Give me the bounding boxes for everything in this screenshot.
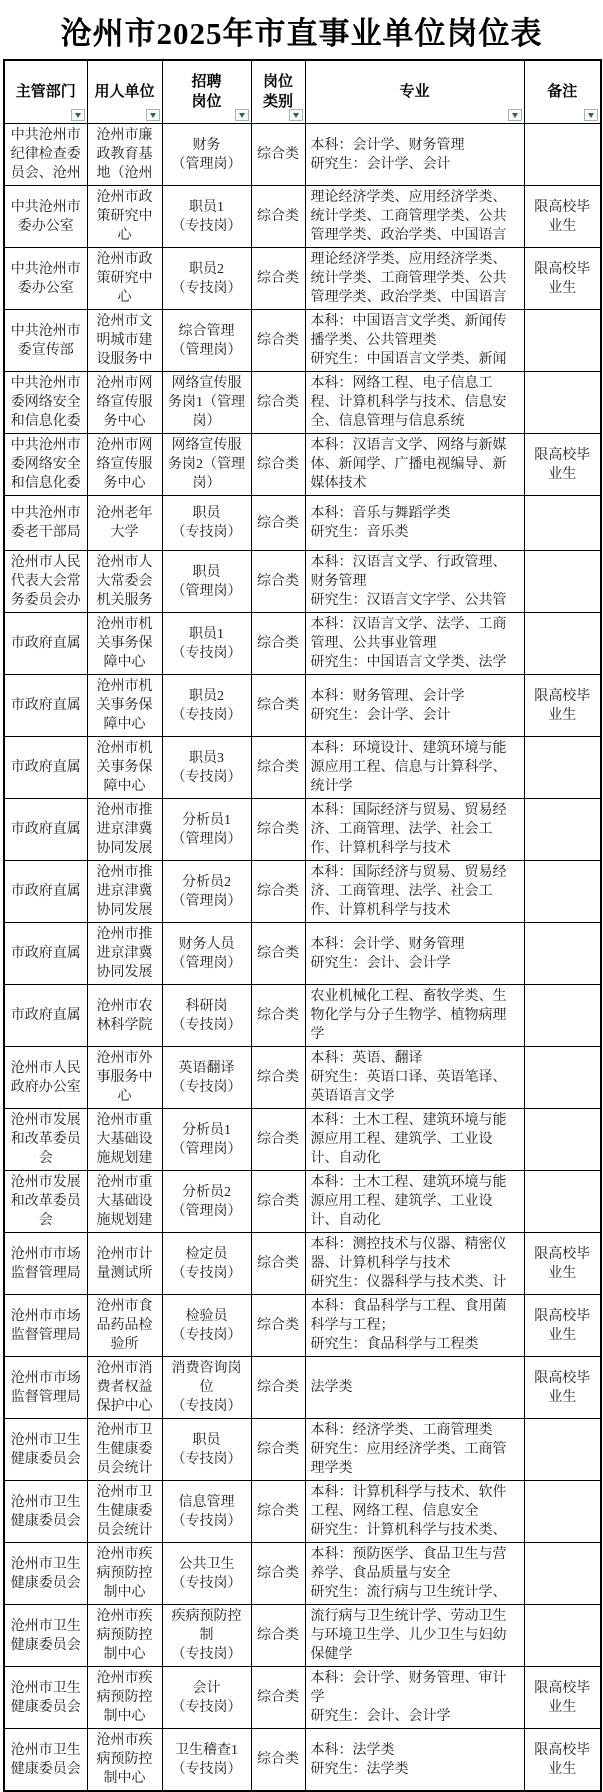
cell-position-category: 综合类 <box>251 1109 305 1171</box>
cell-recruitment-position: 财务人员 （管理岗） <box>162 923 251 985</box>
cell-employing-unit: 沧州市网络宣传服务中心 <box>87 372 162 434</box>
cell-supervising-department: 沧州市市场监督管理局 <box>4 1233 87 1295</box>
cell-major: 本科：食品科学与工程、食用菌科学与工程； 研究生：食品科学与工程类 <box>305 1295 524 1357</box>
cell-position-category: 综合类 <box>251 551 305 613</box>
cell-recruitment-position: 会计 （专技岗） <box>162 1667 251 1729</box>
column-header-supervising-department: 主管部门 <box>4 60 87 124</box>
cell-supervising-department: 市政府直属 <box>4 985 87 1047</box>
header-row: 主管部门 用人单位 招聘 岗位 岗位 类别 专业 <box>4 60 601 124</box>
cell-major: 理论经济学类、应用经济学类、统计学类、工商管理学类、公共管理学类、政治学类、中国… <box>305 186 524 248</box>
cell-supervising-department: 沧州市卫生健康委员会 <box>4 1729 87 1792</box>
cell-position-category: 综合类 <box>251 985 305 1047</box>
chevron-down-icon <box>293 113 299 118</box>
cell-major: 本科：汉语言文学、法学、工商管理、公共事业管理 研究生：中国语言文学类、法学 <box>305 613 524 675</box>
cell-remark <box>524 1419 601 1481</box>
cell-position-category: 综合类 <box>251 1729 305 1792</box>
chevron-down-icon <box>588 113 594 118</box>
cell-position-category: 综合类 <box>251 496 305 551</box>
table-row: 沧州市卫生健康委员会沧州市疾病预防控制中心公共卫生 （专技岗）综合类本科：预防医… <box>4 1543 601 1605</box>
filter-dropdown-button[interactable] <box>71 109 85 121</box>
cell-remark: 限高校毕业生 <box>524 1729 601 1792</box>
cell-remark: 限高校毕业生 <box>524 1357 601 1419</box>
cell-position-category: 综合类 <box>251 124 305 186</box>
cell-remark <box>524 1047 601 1109</box>
cell-supervising-department: 中共沧州市纪律检查委员会、沧州 <box>4 124 87 186</box>
cell-remark <box>524 1481 601 1543</box>
cell-major: 本科：国际经济与贸易、贸易经济、工商管理、法学、社会工作、计算机科学与技术 <box>305 861 524 923</box>
chevron-down-icon <box>239 113 245 118</box>
cell-position-category: 综合类 <box>251 1295 305 1357</box>
cell-supervising-department: 中共沧州市委宣传部 <box>4 310 87 372</box>
cell-employing-unit: 沧州老年大学 <box>87 496 162 551</box>
cell-remark <box>524 1109 601 1171</box>
table-row: 中共沧州市委办公室沧州市政策研究中心职员2 （专技岗）综合类理论经济学类、应用经… <box>4 248 601 310</box>
cell-position-category: 综合类 <box>251 613 305 675</box>
cell-major: 法学类 <box>305 1357 524 1419</box>
cell-recruitment-position: 分析员1 （管理岗） <box>162 1109 251 1171</box>
cell-supervising-department: 中共沧州市委办公室 <box>4 248 87 310</box>
cell-employing-unit: 沧州市疾病预防控制中心 <box>87 1605 162 1667</box>
column-header-label: 招聘 岗位 <box>191 74 221 110</box>
cell-recruitment-position: 职员2 （专技岗） <box>162 675 251 737</box>
cell-recruitment-position: 职员1 （专技岗） <box>162 613 251 675</box>
cell-employing-unit: 沧州市食品药品检验所 <box>87 1295 162 1357</box>
filter-dropdown-button[interactable] <box>289 109 303 121</box>
cell-supervising-department: 沧州市卫生健康委员会 <box>4 1605 87 1667</box>
cell-remark <box>524 1605 601 1667</box>
cell-supervising-department: 中共沧州市委办公室 <box>4 186 87 248</box>
cell-major: 本科：音乐与舞蹈学类 研究生：音乐类 <box>305 496 524 551</box>
position-table-body: 中共沧州市纪律检查委员会、沧州沧州市廉政教育基地（沧州财务 （管理岗）综合类本科… <box>4 124 601 1792</box>
cell-employing-unit: 沧州市卫生健康委员会统计 <box>87 1481 162 1543</box>
position-table: 主管部门 用人单位 招聘 岗位 岗位 类别 专业 <box>3 59 602 1792</box>
cell-supervising-department: 市政府直属 <box>4 613 87 675</box>
column-header-remark: 备注 <box>524 60 601 124</box>
cell-employing-unit: 沧州市机关事务保障中心 <box>87 613 162 675</box>
cell-supervising-department: 沧州市卫生健康委员会 <box>4 1419 87 1481</box>
cell-recruitment-position: 财务 （管理岗） <box>162 124 251 186</box>
cell-remark <box>524 310 601 372</box>
table-row: 沧州市发展和改革委员会沧州市重大基础设施规划建分析员1 （管理岗）综合类本科：土… <box>4 1109 601 1171</box>
cell-major: 本科：经济学类、工商管理类 研究生：应用经济学类、工商管理学类 <box>305 1419 524 1481</box>
cell-position-category: 综合类 <box>251 1481 305 1543</box>
page-title: 沧州市2025年市直事业单位岗位表 <box>0 0 603 59</box>
cell-major: 本科：环境设计、建筑环境与能源应用工程、信息与计算科学、统计学 <box>305 737 524 799</box>
cell-remark <box>524 799 601 861</box>
cell-employing-unit: 沧州市推进京津冀协同发展 <box>87 799 162 861</box>
cell-employing-unit: 沧州市推进京津冀协同发展 <box>87 861 162 923</box>
cell-position-category: 综合类 <box>251 248 305 310</box>
column-header-position-category: 岗位 类别 <box>251 60 305 124</box>
cell-remark <box>524 1543 601 1605</box>
cell-remark <box>524 372 601 434</box>
cell-recruitment-position: 综合管理 （管理岗） <box>162 310 251 372</box>
cell-major: 本科：英语、翻译 研究生：英语口译、英语笔译、英语语言文学 <box>305 1047 524 1109</box>
table-row: 市政府直属沧州市机关事务保障中心职员1 （专技岗）综合类本科：汉语言文学、法学、… <box>4 613 601 675</box>
cell-position-category: 综合类 <box>251 1543 305 1605</box>
cell-employing-unit: 沧州市卫生健康委员会统计 <box>87 1419 162 1481</box>
table-row: 沧州市市场监督管理局沧州市消费者权益保护中心消费咨询岗位 （专技岗）综合类法学类… <box>4 1357 601 1419</box>
table-row: 沧州市人民代表大会常务委员会办沧州市人大常委会机关服务职员 （管理岗）综合类本科… <box>4 551 601 613</box>
cell-position-category: 综合类 <box>251 186 305 248</box>
cell-recruitment-position: 职员1 （专技岗） <box>162 186 251 248</box>
cell-major: 本科：土木工程、建筑环境与能源应用工程、建筑学、工业设计、自动化 <box>305 1109 524 1171</box>
page: 沧州市2025年市直事业单位岗位表 主管部门 用人单位 招聘 岗位 <box>0 0 603 1792</box>
cell-position-category: 综合类 <box>251 799 305 861</box>
cell-recruitment-position: 职员 （专技岗） <box>162 1419 251 1481</box>
table-row: 沧州市卫生健康委员会沧州市卫生健康委员会统计信息管理 （专技岗）综合类本科：计算… <box>4 1481 601 1543</box>
cell-employing-unit: 沧州市外事服务中心 <box>87 1047 162 1109</box>
cell-remark <box>524 551 601 613</box>
cell-remark: 限高校毕业生 <box>524 248 601 310</box>
cell-remark: 限高校毕业生 <box>524 1667 601 1729</box>
cell-recruitment-position: 网络宣传服务岗2（管理岗） <box>162 434 251 496</box>
cell-employing-unit: 沧州市机关事务保障中心 <box>87 737 162 799</box>
table-row: 沧州市发展和改革委员会沧州市重大基础设施规划建分析员2 （管理岗）综合类本科：土… <box>4 1171 601 1233</box>
table-row: 中共沧州市委老干部局沧州老年大学职员 （专技岗）综合类本科：音乐与舞蹈学类 研究… <box>4 496 601 551</box>
cell-remark: 限高校毕业生 <box>524 675 601 737</box>
cell-employing-unit: 沧州市重大基础设施规划建 <box>87 1109 162 1171</box>
table-row: 中共沧州市委宣传部沧州市文明城市建设服务中综合管理 （管理岗）综合类本科：中国语… <box>4 310 601 372</box>
cell-employing-unit: 沧州市农林科学院 <box>87 985 162 1047</box>
cell-major: 农业机械化工程、畜牧学类、生物化学与分子生物学、植物病理学 <box>305 985 524 1047</box>
table-row: 市政府直属沧州市机关事务保障中心职员3 （专技岗）综合类本科：环境设计、建筑环境… <box>4 737 601 799</box>
table-row: 沧州市卫生健康委员会沧州市疾病预防控制中心会计 （专技岗）综合类本科：会计学、财… <box>4 1667 601 1729</box>
cell-remark <box>524 124 601 186</box>
chevron-down-icon <box>75 113 81 118</box>
cell-remark: 限高校毕业生 <box>524 186 601 248</box>
cell-supervising-department: 沧州市发展和改革委员会 <box>4 1171 87 1233</box>
table-row: 沧州市市场监督管理局沧州市计量测试所检定员 （专技岗）综合类本科：测控技术与仪器… <box>4 1233 601 1295</box>
cell-supervising-department: 沧州市卫生健康委员会 <box>4 1543 87 1605</box>
cell-major: 本科：会计学、财务管理、审计学 研究生：会计、会计学 <box>305 1667 524 1729</box>
cell-remark <box>524 923 601 985</box>
cell-remark <box>524 737 601 799</box>
cell-major: 本科：汉语言文学、行政管理、财务管理 研究生：汉语言文字学、公共管 <box>305 551 524 613</box>
cell-recruitment-position: 职员3 （专技岗） <box>162 737 251 799</box>
cell-position-category: 综合类 <box>251 1047 305 1109</box>
table-row: 市政府直属沧州市机关事务保障中心职员2 （专技岗）综合类本科：财务管理、会计学 … <box>4 675 601 737</box>
cell-major: 流行病与卫生统计学、劳动卫生与环境卫生学、儿少卫生与妇幼保健学 <box>305 1605 524 1667</box>
cell-supervising-department: 沧州市卫生健康委员会 <box>4 1667 87 1729</box>
cell-major: 本科：会计学、财务管理 研究生：会计、会计学 <box>305 923 524 985</box>
table-row: 沧州市卫生健康委员会沧州市疾病预防控制中心卫生稽查1 （专技岗）综合类本科：法学… <box>4 1729 601 1792</box>
column-header-major: 专业 <box>305 60 524 124</box>
cell-employing-unit: 沧州市消费者权益保护中心 <box>87 1357 162 1419</box>
cell-employing-unit: 沧州市疾病预防控制中心 <box>87 1543 162 1605</box>
column-header-label: 主管部门 <box>16 84 76 100</box>
cell-recruitment-position: 科研岗 （专技岗） <box>162 985 251 1047</box>
cell-supervising-department: 沧州市卫生健康委员会 <box>4 1481 87 1543</box>
cell-recruitment-position: 信息管理 （专技岗） <box>162 1481 251 1543</box>
table-row: 中共沧州市委网络安全和信息化委沧州市网络宣传服务中心网络宣传服务岗1（管理岗）综… <box>4 372 601 434</box>
cell-employing-unit: 沧州市机关事务保障中心 <box>87 675 162 737</box>
column-header-label: 用人单位 <box>94 84 154 100</box>
chevron-down-icon <box>512 113 518 118</box>
cell-recruitment-position: 职员2 （专技岗） <box>162 248 251 310</box>
cell-supervising-department: 市政府直属 <box>4 737 87 799</box>
cell-employing-unit: 沧州市政策研究中心 <box>87 248 162 310</box>
table-row: 市政府直属沧州市农林科学院科研岗 （专技岗）综合类农业机械化工程、畜牧学类、生物… <box>4 985 601 1047</box>
cell-major: 本科：土木工程、建筑环境与能源应用工程、建筑学、工业设计、自动化 <box>305 1171 524 1233</box>
cell-major: 本科：网络工程、电子信息工程、计算机科学与技术、信息安全、信息管理与信息系统 <box>305 372 524 434</box>
cell-supervising-department: 沧州市市场监督管理局 <box>4 1357 87 1419</box>
cell-position-category: 综合类 <box>251 310 305 372</box>
cell-position-category: 综合类 <box>251 1171 305 1233</box>
cell-remark <box>524 1171 601 1233</box>
column-header-label: 备注 <box>547 84 577 100</box>
cell-supervising-department: 中共沧州市委网络安全和信息化委 <box>4 434 87 496</box>
cell-supervising-department: 市政府直属 <box>4 675 87 737</box>
column-header-label: 专业 <box>399 84 429 100</box>
filter-dropdown-button[interactable] <box>235 109 249 121</box>
cell-supervising-department: 沧州市市场监督管理局 <box>4 1295 87 1357</box>
cell-position-category: 综合类 <box>251 434 305 496</box>
cell-remark <box>524 613 601 675</box>
cell-supervising-department: 市政府直属 <box>4 923 87 985</box>
cell-employing-unit: 沧州市重大基础设施规划建 <box>87 1171 162 1233</box>
cell-supervising-department: 中共沧州市委老干部局 <box>4 496 87 551</box>
cell-remark: 限高校毕业生 <box>524 434 601 496</box>
table-row: 市政府直属沧州市推进京津冀协同发展财务人员 （管理岗）综合类本科：会计学、财务管… <box>4 923 601 985</box>
chevron-down-icon <box>150 113 156 118</box>
cell-supervising-department: 沧州市人民政府办公室 <box>4 1047 87 1109</box>
cell-recruitment-position: 消费咨询岗位 （专技岗） <box>162 1357 251 1419</box>
table-row: 沧州市卫生健康委员会沧州市疾病预防控制中心疾病预防控制 （专技岗）综合类流行病与… <box>4 1605 601 1667</box>
cell-employing-unit: 沧州市网络宣传服务中心 <box>87 434 162 496</box>
cell-recruitment-position: 英语翻译 （专技岗） <box>162 1047 251 1109</box>
cell-major: 本科：计算机科学与技术、软件工程、网络工程、信息安全 研究生：计算机科学与技术类… <box>305 1481 524 1543</box>
cell-position-category: 综合类 <box>251 675 305 737</box>
cell-major: 理论经济学类、应用经济学类、统计学类、工商管理学类、公共管理学类、政治学类、中国… <box>305 248 524 310</box>
cell-employing-unit: 沧州市廉政教育基地（沧州 <box>87 124 162 186</box>
cell-recruitment-position: 网络宣传服务岗1（管理岗） <box>162 372 251 434</box>
cell-recruitment-position: 疾病预防控制 （专技岗） <box>162 1605 251 1667</box>
cell-recruitment-position: 公共卫生 （专技岗） <box>162 1543 251 1605</box>
column-header-label: 岗位 类别 <box>263 74 293 110</box>
cell-employing-unit: 沧州市计量测试所 <box>87 1233 162 1295</box>
cell-position-category: 综合类 <box>251 737 305 799</box>
cell-supervising-department: 市政府直属 <box>4 861 87 923</box>
cell-position-category: 综合类 <box>251 1605 305 1667</box>
cell-remark <box>524 496 601 551</box>
cell-recruitment-position: 分析员1 （管理岗） <box>162 799 251 861</box>
cell-position-category: 综合类 <box>251 1357 305 1419</box>
table-row: 沧州市市场监督管理局沧州市食品药品检验所检验员 （专技岗）综合类本科：食品科学与… <box>4 1295 601 1357</box>
cell-major: 本科：会计学、财务管理 研究生：会计学、会计 <box>305 124 524 186</box>
table-row: 中共沧州市纪律检查委员会、沧州沧州市廉政教育基地（沧州财务 （管理岗）综合类本科… <box>4 124 601 186</box>
table-row: 中共沧州市委办公室沧州市政策研究中心职员1 （专技岗）综合类理论经济学类、应用经… <box>4 186 601 248</box>
cell-supervising-department: 沧州市人民代表大会常务委员会办 <box>4 551 87 613</box>
table-row: 中共沧州市委网络安全和信息化委沧州市网络宣传服务中心网络宣传服务岗2（管理岗）综… <box>4 434 601 496</box>
cell-employing-unit: 沧州市人大常委会机关服务 <box>87 551 162 613</box>
cell-remark: 限高校毕业生 <box>524 1295 601 1357</box>
cell-recruitment-position: 分析员2 （管理岗） <box>162 1171 251 1233</box>
cell-recruitment-position: 检定员 （专技岗） <box>162 1233 251 1295</box>
cell-major: 本科：法学类 研究生：法学类 <box>305 1729 524 1792</box>
cell-position-category: 综合类 <box>251 1667 305 1729</box>
table-row: 市政府直属沧州市推进京津冀协同发展分析员2 （管理岗）综合类本科：国际经济与贸易… <box>4 861 601 923</box>
cell-recruitment-position: 检验员 （专技岗） <box>162 1295 251 1357</box>
cell-position-category: 综合类 <box>251 923 305 985</box>
cell-position-category: 综合类 <box>251 372 305 434</box>
cell-major: 本科：财务管理、会计学 研究生：会计学、会计 <box>305 675 524 737</box>
table-row: 沧州市卫生健康委员会沧州市卫生健康委员会统计职员 （专技岗）综合类本科：经济学类… <box>4 1419 601 1481</box>
cell-recruitment-position: 职员 （管理岗） <box>162 551 251 613</box>
cell-position-category: 综合类 <box>251 1233 305 1295</box>
cell-remark <box>524 861 601 923</box>
cell-supervising-department: 沧州市发展和改革委员会 <box>4 1109 87 1171</box>
filter-dropdown-button[interactable] <box>146 109 160 121</box>
cell-major: 本科：测控技术与仪器、精密仪器、计算机科学与技术 研究生：仪器科学与技术类、计 <box>305 1233 524 1295</box>
cell-recruitment-position: 职员 （专技岗） <box>162 496 251 551</box>
cell-major: 本科：国际经济与贸易、贸易经济、工商管理、法学、社会工作、计算机科学与技术 <box>305 799 524 861</box>
column-header-employing-unit: 用人单位 <box>87 60 162 124</box>
filter-dropdown-button[interactable] <box>584 109 598 121</box>
cell-major: 本科：预防医学、食品卫生与营养学、食品质量与安全 研究生：流行病与卫生统计学、 <box>305 1543 524 1605</box>
cell-employing-unit: 沧州市疾病预防控制中心 <box>87 1667 162 1729</box>
cell-major: 本科：汉语言文学、网络与新媒体、新闻学、广播电视编导、新媒体技术 <box>305 434 524 496</box>
cell-employing-unit: 沧州市疾病预防控制中心 <box>87 1729 162 1792</box>
cell-supervising-department: 市政府直属 <box>4 799 87 861</box>
cell-recruitment-position: 分析员2 （管理岗） <box>162 861 251 923</box>
cell-recruitment-position: 卫生稽查1 （专技岗） <box>162 1729 251 1792</box>
table-row: 沧州市人民政府办公室沧州市外事服务中心英语翻译 （专技岗）综合类本科：英语、翻译… <box>4 1047 601 1109</box>
cell-remark: 限高校毕业生 <box>524 1233 601 1295</box>
cell-major: 本科：中国语言文学类、新闻传播学类、公共管理类 研究生：中国语言文学类、新闻 <box>305 310 524 372</box>
cell-employing-unit: 沧州市政策研究中心 <box>87 186 162 248</box>
cell-employing-unit: 沧州市文明城市建设服务中 <box>87 310 162 372</box>
cell-supervising-department: 中共沧州市委网络安全和信息化委 <box>4 372 87 434</box>
column-header-recruitment-position: 招聘 岗位 <box>162 60 251 124</box>
cell-remark <box>524 985 601 1047</box>
cell-position-category: 综合类 <box>251 861 305 923</box>
filter-dropdown-button[interactable] <box>508 109 522 121</box>
cell-position-category: 综合类 <box>251 1419 305 1481</box>
cell-employing-unit: 沧州市推进京津冀协同发展 <box>87 923 162 985</box>
table-row: 市政府直属沧州市推进京津冀协同发展分析员1 （管理岗）综合类本科：国际经济与贸易… <box>4 799 601 861</box>
